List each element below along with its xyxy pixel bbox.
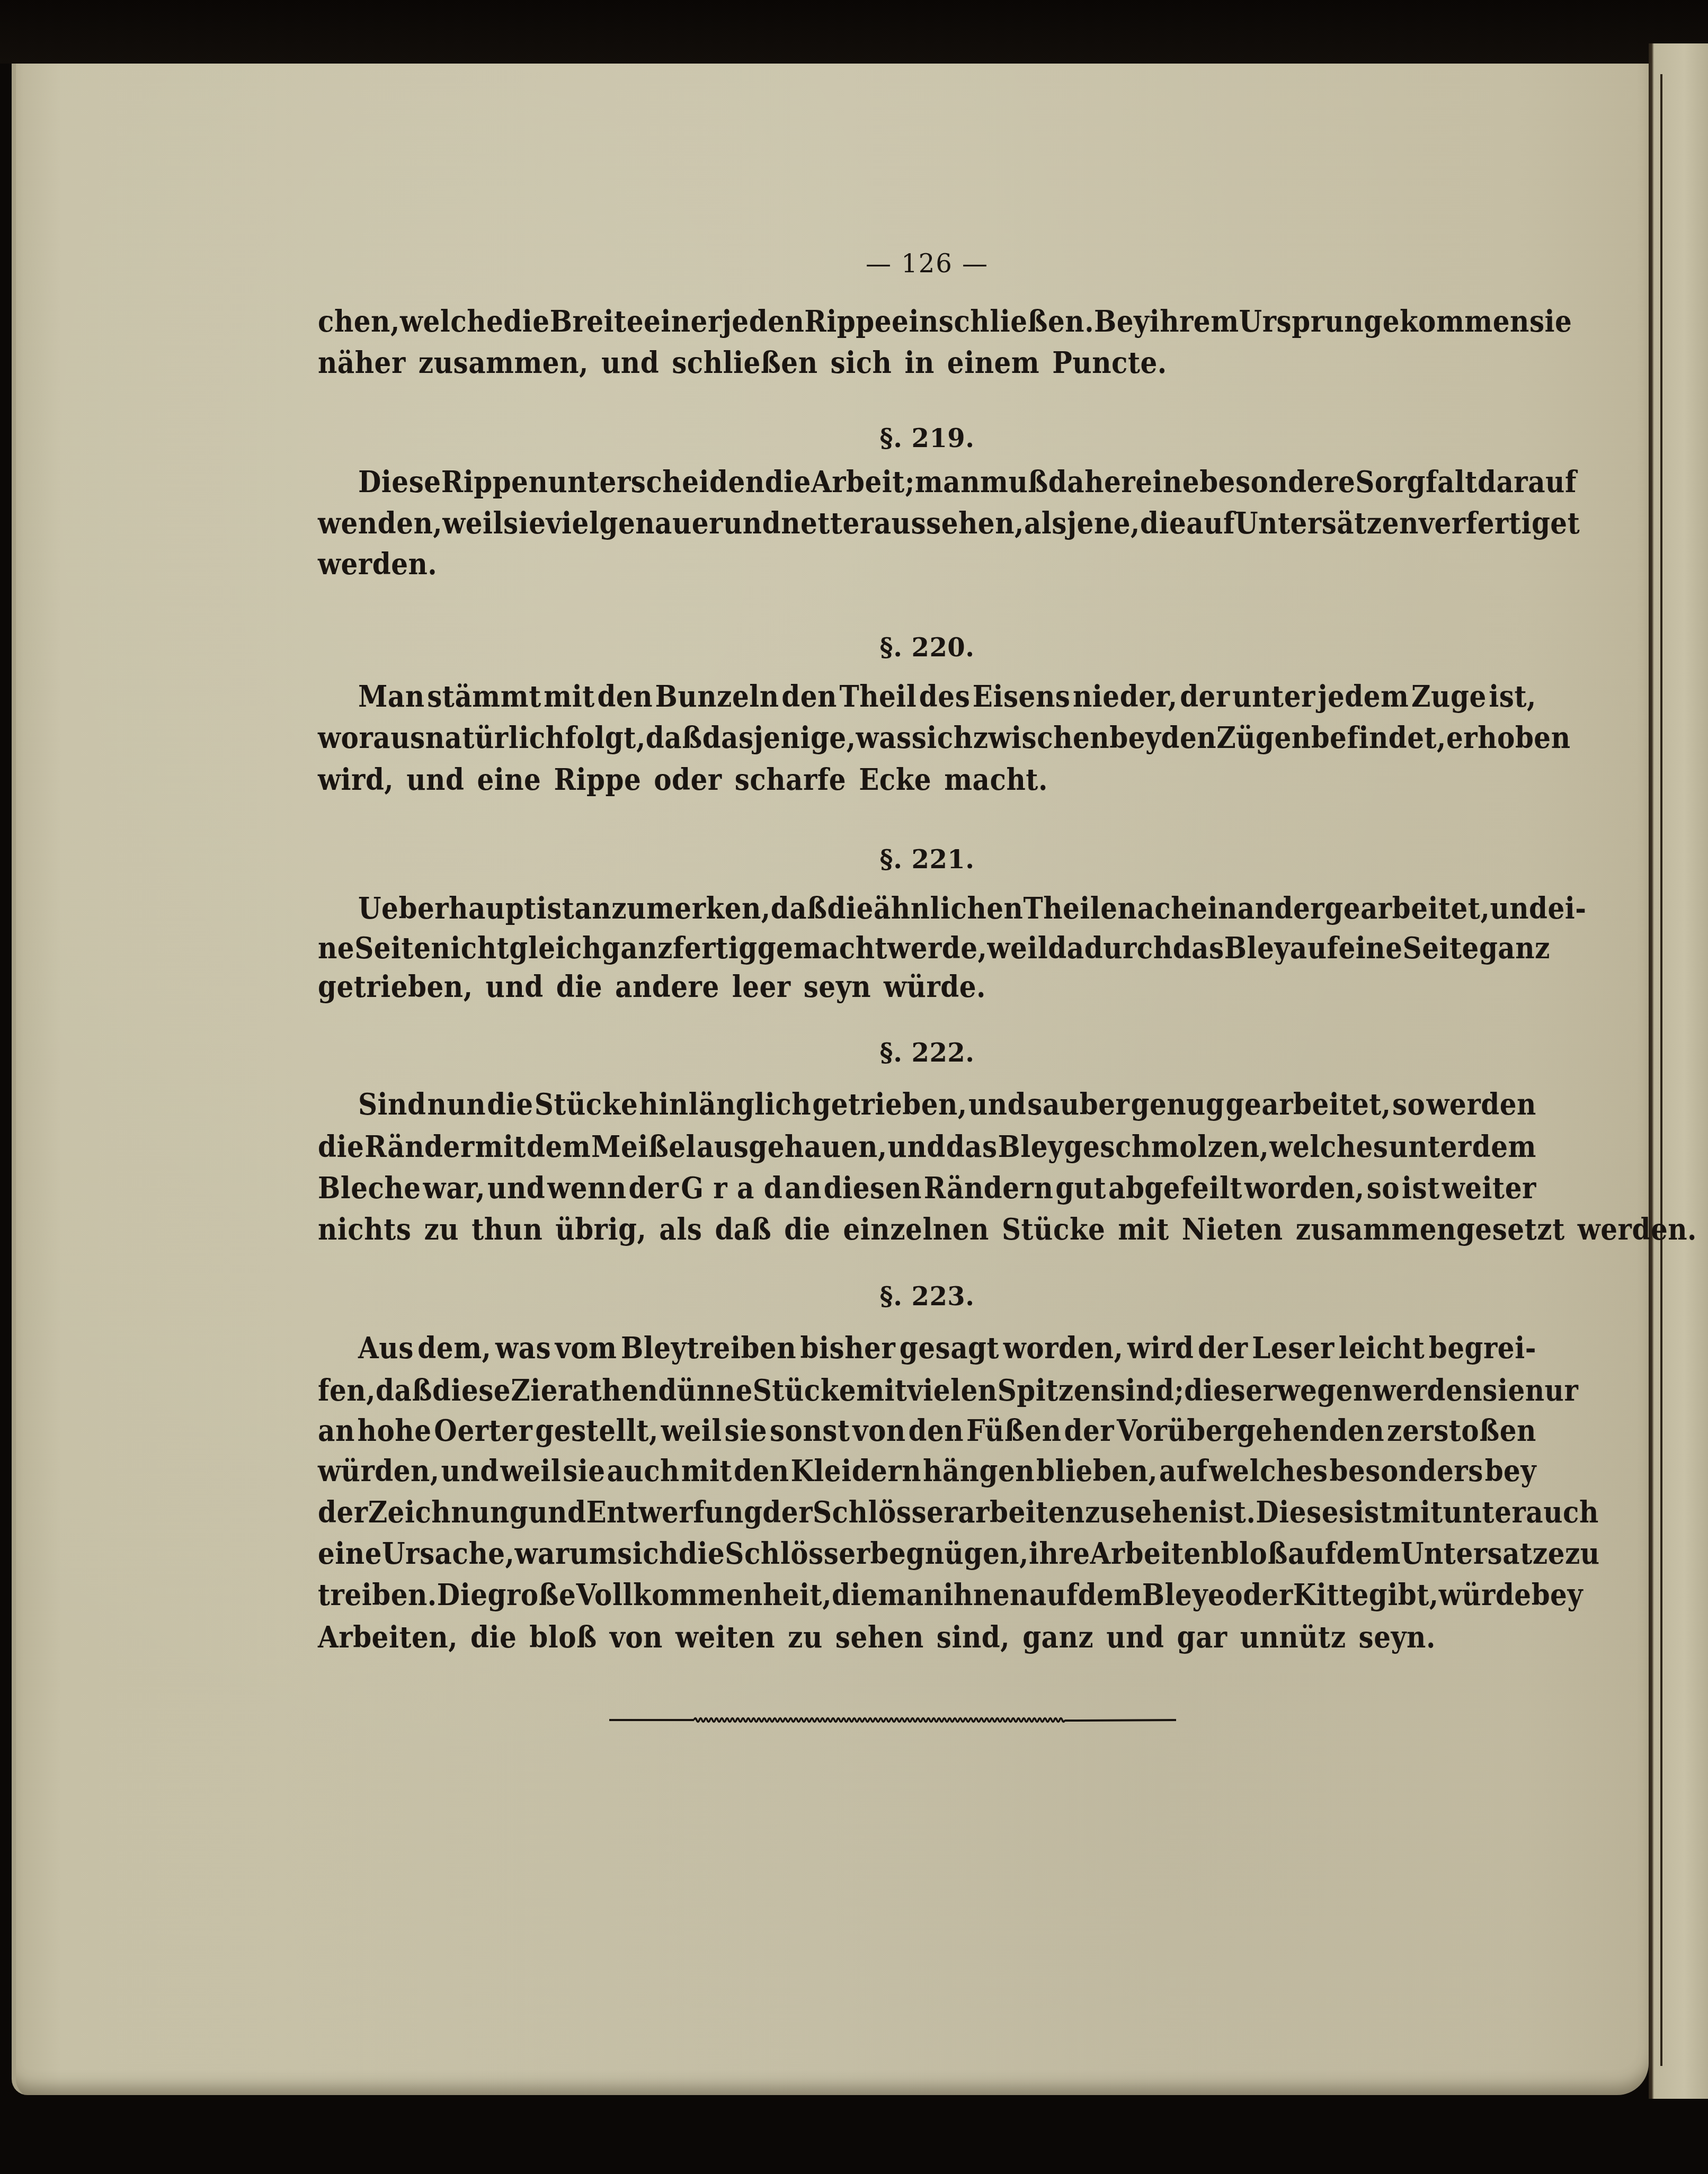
word: übrig, [555,1212,646,1253]
word: hinlänglich [639,1087,811,1128]
word: der [762,1495,813,1536]
word: Sind [358,1087,426,1128]
word: dem [1337,1536,1401,1578]
word: Seite [354,931,431,972]
word: zu [424,1212,459,1253]
word: jedem [1318,679,1409,720]
word: unnütz [1240,1620,1346,1661]
word: fen, [318,1373,376,1414]
word: Eisens [973,679,1071,720]
word: zwischen [973,720,1110,762]
word: einzelnen [843,1212,989,1253]
word: daß [376,1373,432,1414]
word: sehen [1120,1495,1208,1536]
section-heading: §. 221. [318,845,1536,875]
word: war, [423,1171,486,1212]
word: Stücke [753,1373,856,1414]
word: Bey [1094,304,1150,345]
word: und [528,1495,586,1536]
word: die [470,1620,517,1661]
word: weil [661,1413,722,1455]
word: besondere [1199,465,1355,506]
word: die [556,969,602,1011]
word: wird [1127,1331,1194,1372]
word: zu [788,1620,823,1661]
word: andere [615,969,719,1011]
word: sind; [1110,1373,1184,1414]
word: sie [1529,304,1572,345]
word: geschmolzen, [1064,1129,1269,1171]
word: Leser [1252,1331,1335,1372]
word: befindet, [1311,720,1446,762]
word: gestellt, [535,1413,659,1455]
word: vielen [908,1373,998,1414]
word: man [915,465,980,506]
word: ne [318,931,354,972]
word: sich [831,345,892,387]
word: von [852,1413,905,1455]
word: Die [437,1578,488,1619]
text-line: Blechewar,undwennderG r a dandiesenRände… [318,1171,1536,1212]
word: man [878,1578,943,1619]
word: ist. [1208,1495,1256,1536]
word: würden, [318,1454,440,1495]
text-line: fen,daßdieseZierathendünneStückemitviele… [318,1373,1536,1414]
word: Kleidern [790,1454,921,1495]
word: den [781,679,837,720]
word: ausgehauen, [697,1129,887,1171]
word: Bley [998,1129,1064,1171]
word: die [679,1536,725,1578]
word: dem [1078,1578,1142,1619]
text-line: werden. [318,547,1536,588]
word: sie [725,1413,767,1455]
word: Man [358,679,425,720]
word: sind, [937,1620,1010,1661]
word: unterscheiden [548,465,764,506]
word: und [723,506,781,547]
text-line: chen,welchedieBreiteeinerjedenRippeeinsc… [318,304,1536,345]
word: genug [1131,1087,1224,1128]
word: Rändern [924,1171,1053,1212]
word: Bunzeln [655,679,779,720]
word: sie [503,506,546,547]
word: gesagt [900,1331,999,1372]
word: warum [515,1536,618,1578]
word: auf [1186,506,1235,547]
word: Rippe [554,762,641,804]
word: netter [781,506,874,547]
word: Ursache, [382,1536,515,1578]
word: wenn [547,1171,627,1212]
word: daß [646,720,702,762]
word: Bley [1224,931,1290,972]
word: nicht [431,931,510,972]
word: einer [644,304,722,345]
word: werde, [887,931,987,972]
word: macht. [944,762,1048,804]
text-line: wird,undeineRippeoderscharfeEckemacht. [318,762,1536,804]
word: worden, [1244,1171,1365,1212]
word: zusammengesetzt [1296,1212,1565,1253]
word: welche [400,304,503,345]
word: dieserwegen [1184,1373,1373,1414]
word: mit [544,679,595,720]
text-line: würden,undweilsieauchmitdenKleidernhänge… [318,1454,1536,1495]
word: und [406,762,464,804]
word: als [659,1212,702,1253]
word: Zügen [1216,720,1311,762]
word: folgt, [565,720,645,762]
word: Entwerfung [586,1495,762,1536]
word: Dieses [1256,1495,1354,1536]
word: unter [1389,1129,1471,1171]
word: ganz [602,931,673,972]
word: ist [1354,1495,1392,1536]
word: sich [912,720,973,762]
word: sauber [1027,1087,1129,1128]
word: getrieben, [812,1087,967,1128]
word: vom [555,1331,617,1372]
word: gearbeitet, [1324,891,1490,932]
word: mitunter [1392,1495,1526,1536]
word: von [610,1620,663,1661]
word: verfertiget [1419,506,1580,547]
page-number: — 126 — [318,249,1536,279]
word: Stücke [1002,1212,1105,1253]
word: ihrem [1150,304,1239,345]
word: muß [980,465,1048,506]
section-heading: §. 223. [318,1282,1536,1312]
word: nun [428,1087,486,1128]
word: Ueberhaupt [358,891,537,932]
word: bey [1532,1578,1583,1619]
word: nieder, [1073,679,1178,720]
word: Zuge [1411,679,1487,720]
text-line: SindnundieStückehinlänglichgetrieben,und… [358,1087,1536,1128]
word: ganz [1022,1620,1093,1661]
word: und [888,1129,946,1171]
word: sie [1482,1373,1525,1414]
facing-page-edge [1649,43,1708,2099]
word: würde. [884,969,986,1011]
scan-background [0,0,1708,64]
word: gemacht [758,931,887,972]
section-heading: §. 219. [318,424,1536,453]
word: und [1490,891,1547,932]
word: gut [1055,1171,1106,1212]
word: ähnlichen [874,891,1024,932]
word: worden, [1003,1331,1124,1372]
word: blieben, [1036,1454,1158,1495]
word: wenden, [318,506,442,547]
word: den [908,1413,964,1455]
word: der [1180,679,1230,720]
word: Schlösserarbeiten [813,1495,1085,1536]
word: einschließen. [892,304,1094,345]
word: welches [1269,1129,1388,1171]
word: Rippe [804,304,892,345]
word: erhoben [1446,720,1570,762]
word: als [1024,506,1067,547]
word: Vorübergehenden [1117,1413,1384,1455]
word: gearbeitet, [1226,1087,1391,1128]
word: Zeichnung [368,1495,529,1536]
word: hohe [358,1413,432,1455]
word: die [503,304,549,345]
word: eine [1135,465,1199,506]
word: die [1140,506,1186,547]
word: zusammen, [419,345,589,387]
word: weil [442,506,503,547]
word: den [597,679,653,720]
word: kommen [1400,304,1529,345]
text-line: worausnatürlichfolgt,daßdasjenige,wassic… [318,720,1536,762]
word: Aus [358,1331,414,1372]
word: Ecke [859,762,931,804]
word: mit [856,1373,908,1414]
word: sonst [770,1413,850,1455]
word: aussehen, [874,506,1024,547]
word: eine [1339,931,1403,972]
word: nur [1525,1373,1579,1414]
word: Stücke [535,1087,638,1128]
word: daher [1048,465,1135,506]
word: ist, [1489,679,1536,720]
word: dem [1472,1129,1536,1171]
word: zu [1565,1536,1600,1578]
word: sehen [835,1620,924,1661]
word: seyn [804,969,871,1011]
word: ihnen [944,1578,1029,1619]
word: diese [432,1373,511,1414]
word: nichts [318,1212,411,1253]
word: auch [1526,1495,1599,1536]
word: dasjenige, [702,720,856,762]
word: werden. [1578,1212,1697,1253]
word: daß [715,1212,771,1253]
word: an [318,1413,355,1455]
text-line: näherzusammen,undschließensichineinemPun… [318,345,1536,387]
word: schließen [672,345,817,387]
word: Meißel [591,1129,696,1171]
word: fertig [673,931,758,972]
word: dem, [417,1331,491,1372]
word: oder [654,762,722,804]
word: jeden [722,304,805,345]
text-line: DieseRippenunterscheidendieArbeit;manmuß… [358,465,1536,506]
word: sich [617,1536,679,1578]
word: diesen [824,1171,922,1212]
word: seyn. [1359,1620,1436,1661]
word: und [968,1087,1026,1128]
text-line: getrieben,unddieandereleerseynwürde. [318,969,1536,1011]
word: bloß [1221,1536,1288,1578]
word: Theil [839,679,917,720]
word: auf [1159,1454,1208,1495]
word: weiter [1442,1171,1536,1212]
word: einem [947,345,1039,387]
section-heading: §. 222. [318,1038,1536,1068]
text-line: eineUrsache,warumsichdieSchlösserbegnüge… [318,1536,1536,1578]
word: Schlösser [725,1536,870,1578]
word: Theile [1023,891,1117,932]
word: dünne [658,1373,752,1414]
word: der [629,1171,679,1212]
word: begrei- [1429,1331,1536,1372]
text-line: nichtszuthunübrig,alsdaßdieeinzelnenStüc… [318,1212,1536,1253]
word: getrieben, [318,969,473,1011]
word: Oerter [434,1413,532,1455]
word: thun [472,1212,542,1253]
word: der [318,1495,368,1536]
word: werden. [318,547,437,588]
word: zerstoßen [1387,1413,1536,1455]
word: werden [1373,1373,1482,1414]
word: leicht [1339,1331,1425,1372]
word: an [785,1171,822,1212]
text-line: Ueberhauptistanzumerken,daßdieähnlichenT… [358,891,1536,932]
word: genauer [599,506,723,547]
word: und [1106,1620,1164,1661]
word: begnügen, [870,1536,1028,1578]
word: werden [1427,1087,1536,1128]
word: leer [732,969,791,1011]
word: bisher [800,1331,896,1372]
word: gleich [509,931,602,972]
word: chen, [318,304,400,345]
word: Kitte [1293,1578,1369,1619]
word: treiben. [318,1578,437,1619]
word: die [832,1578,878,1619]
word: mit [681,1454,733,1495]
word: Füßen [966,1413,1062,1455]
word: weil [988,931,1048,972]
word: näher [318,345,406,387]
word: große [487,1578,576,1619]
word: nach [1118,891,1191,932]
word: das [1173,931,1224,972]
word: weil [501,1454,562,1495]
word: ei- [1548,891,1587,932]
word: anzumerken, [574,891,770,932]
word: Untersatze [1401,1536,1565,1578]
word: mit [475,1129,527,1171]
word: auf [1290,931,1339,972]
word: Vollkommenheit, [576,1578,832,1619]
word: welches [1209,1454,1328,1495]
text-line: ManstämmtmitdenBunzelndenTheildesEisensn… [358,679,1536,720]
word: auf [1288,1536,1337,1578]
word: darauf [1478,465,1577,506]
word: auf [1029,1578,1078,1619]
word: Puncte. [1052,345,1167,387]
word: Seite [1403,931,1479,972]
word: oder [1225,1578,1293,1619]
word: besonders [1329,1454,1483,1495]
word: Ränder [364,1129,475,1171]
section-heading: §. 220. [318,633,1536,663]
word: der [1064,1413,1114,1455]
word: auch [607,1454,680,1495]
word: Sorgfalt [1355,465,1478,506]
text-line: dieRändermitdemMeißelausgehauen,unddasBl… [318,1129,1536,1171]
word: wird, [318,762,394,804]
word: Bleche [318,1171,421,1212]
word: eine [477,762,541,804]
word: was [856,720,912,762]
text-line: anhoheOertergestellt,weilsiesonstvondenF… [318,1413,1536,1455]
word: einander [1190,891,1324,932]
word: Diese [358,465,441,506]
text-line: Arbeiten,diebloßvonweitenzusehensind,gan… [318,1620,1536,1661]
word: eine [318,1536,382,1578]
text-line: Ausdem,wasvomBleytreibenbishergesagtword… [358,1331,1536,1372]
word: dem [527,1129,591,1171]
word: die [765,465,811,506]
word: ganz [1479,931,1550,972]
word: so [1367,1171,1400,1212]
word: die [487,1087,533,1128]
word: beyden [1109,720,1216,762]
text-line: wenden,weilsievielgenauerundnetterausseh… [318,506,1536,547]
word: abgefeilt [1108,1171,1242,1212]
word: und [486,969,544,1011]
word: gar [1177,1620,1227,1661]
word: natürlich [425,720,565,762]
word: scharfe [735,762,847,804]
word: Ursprunge [1239,304,1400,345]
word: dadurch [1048,931,1172,972]
word: ihre [1029,1536,1090,1578]
word: Bleytreiben [621,1331,796,1372]
word: Arbeiten [1090,1536,1220,1578]
word: zu [1085,1495,1120,1536]
word: die [828,891,874,932]
word: Bleye [1142,1578,1225,1619]
word: ist [1402,1171,1440,1212]
text-line: derZeichnungundEntwerfungderSchlösserarb… [318,1495,1536,1536]
word: Nieten [1182,1212,1283,1253]
text-line: neSeitenichtgleichganzfertiggemachtwerde… [318,931,1536,972]
word: woraus [318,720,425,762]
word: den [734,1454,789,1495]
word: G r a d [681,1171,782,1212]
word: bloß [529,1620,597,1661]
word: Rippen [441,465,548,506]
word: Untersätzen [1235,506,1419,547]
word: Arbeit; [811,465,915,506]
word: Arbeiten, [318,1620,458,1661]
word: Spitzen [998,1373,1110,1414]
word: hängen [923,1454,1035,1495]
word: unter [1232,679,1315,720]
word: würde [1439,1578,1532,1619]
word: die [784,1212,830,1253]
word: mit [1118,1212,1169,1253]
word: und [487,1171,545,1212]
text-line: treiben.DiegroßeVollkommenheit,diemanihn… [318,1578,1536,1619]
word: und [441,1454,499,1495]
word: ist [537,891,575,932]
word: stämmt [427,679,541,720]
word: so [1392,1087,1426,1128]
word: Breite [550,304,644,345]
word: jene, [1067,506,1140,547]
word: bey [1485,1454,1536,1495]
word: und [601,345,659,387]
word: viel [546,506,600,547]
